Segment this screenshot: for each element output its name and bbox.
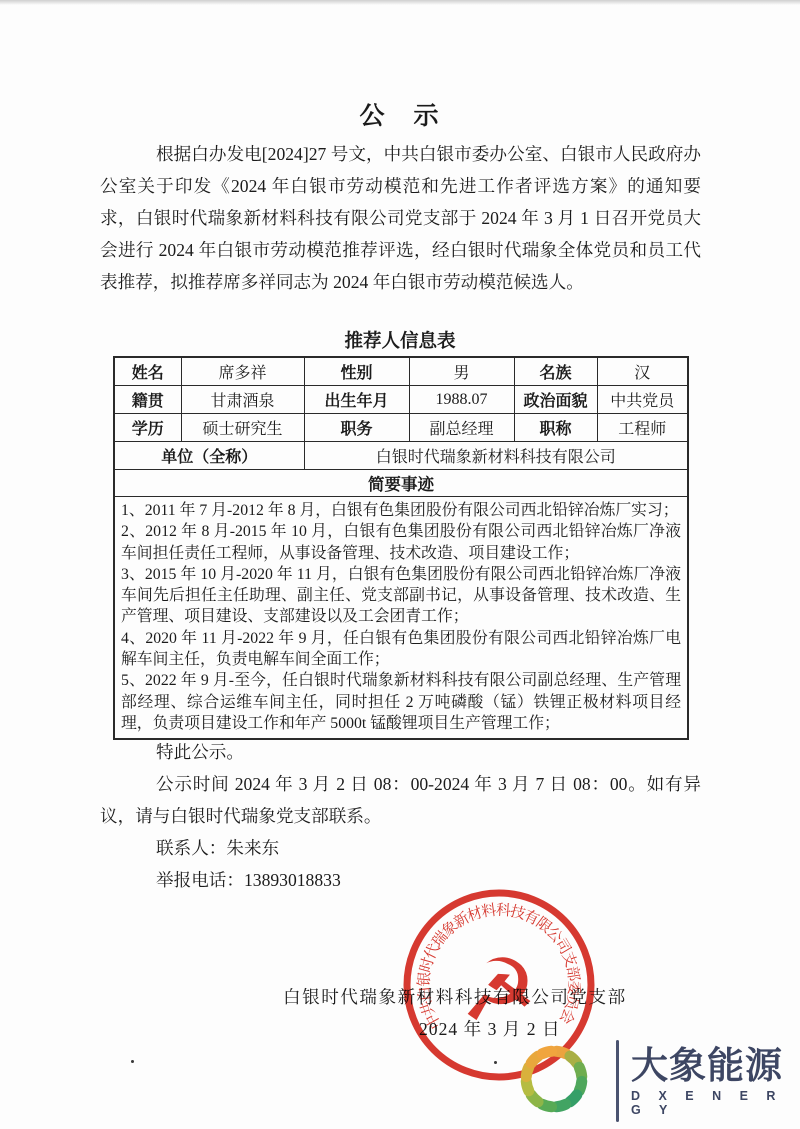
footer-block: 特此公示。 公示时间 2024 年 3 月 2 日 08：00-2024 年 3… — [100, 736, 701, 896]
position-value: 副总经理 — [409, 414, 514, 442]
table-row: 简要事迹 — [114, 470, 688, 497]
hammer-sickle-icon: ☭ — [460, 941, 537, 1041]
bio-header: 简要事迹 — [114, 470, 688, 497]
dx-energy-logo-swirl-icon — [504, 1031, 604, 1127]
contact-line: 联系人：朱来东 — [100, 832, 701, 864]
bio-item-2: 2、2012 年 8 月-2015 年 10 月，白银有色集团股份有限公司西北铅… — [121, 521, 681, 564]
scan-edge-artifact — [0, 0, 800, 5]
birthplace-label: 籍贯 — [114, 386, 181, 414]
swirl-petal — [526, 1081, 529, 1090]
logo-name-en: D X E N E R G Y — [631, 1089, 800, 1117]
dx-energy-wordmark: 大象能源 D X E N E R G Y — [631, 1046, 800, 1117]
swirl-petal — [579, 1081, 582, 1090]
document-title: 公 示 — [0, 96, 800, 132]
table-row: 姓名 席多祥 性别 男 名族 汉 — [114, 357, 688, 386]
scan-speck — [131, 1060, 134, 1063]
bio-cell: 1、2011 年 7 月-2012 年 8 月，白银有色集团股份有限公司西北铅锌… — [114, 497, 688, 740]
scan-speck — [494, 1061, 497, 1064]
bio-item-3: 3、2015 年 10 月-2020 年 11 月，白银有色集团股份有限公司西北… — [121, 564, 681, 628]
unit-value: 白银时代瑞象新材料科技有限公司 — [304, 442, 688, 470]
table-row: 籍贯 甘肃酒泉 出生年月 1988.07 政治面貌 中共党员 — [114, 386, 688, 414]
gender-value: 男 — [409, 357, 514, 386]
unit-label: 单位（全称） — [114, 442, 304, 470]
political-status-value: 中共党员 — [597, 386, 688, 414]
recommendee-info-table: 姓名 席多祥 性别 男 名族 汉 籍贯 甘肃酒泉 出生年月 1988.07 政治… — [113, 356, 689, 740]
swirl-petal — [579, 1067, 582, 1076]
swirl-petal — [556, 1104, 565, 1107]
birthdate-label: 出生年月 — [304, 386, 409, 414]
swirl-petal — [526, 1067, 529, 1076]
table-row: 1、2011 年 7 月-2012 年 8 月，白银有色集团股份有限公司西北铅锌… — [114, 497, 688, 740]
bio-item-1: 1、2011 年 7 月-2012 年 8 月，白银有色集团股份有限公司西北铅锌… — [121, 500, 681, 521]
logo-divider — [616, 1040, 619, 1122]
table-title: 推荐人信息表 — [0, 327, 800, 353]
bio-item-4: 4、2020 年 11 月-2022 年 9 月，任白银有色集团股份有限公司西北… — [121, 628, 681, 671]
education-label: 学历 — [114, 414, 181, 442]
logo-name-cn: 大象能源 — [631, 1046, 800, 1086]
bio-item-5: 5、2022 年 9 月-至今，任白银时代瑞象新材料科技有限公司副总经理、生产管… — [121, 670, 681, 734]
swirl-petal — [531, 1095, 538, 1102]
education-value: 硕士研究生 — [181, 414, 304, 442]
swirl-petal — [542, 1051, 551, 1054]
intro-paragraph: 根据白办发电[2024]27 号文，中共白银市委办公室、白银市人民政府办公室关于… — [100, 138, 701, 298]
birthdate-value: 1988.07 — [409, 386, 514, 414]
closing-line: 特此公示。 — [100, 736, 701, 768]
swirl-petal — [570, 1056, 577, 1063]
table-row: 单位（全称） 白银时代瑞象新材料科技有限公司 — [114, 442, 688, 470]
position-label: 职务 — [304, 414, 409, 442]
title-value: 工程师 — [597, 414, 688, 442]
swirl-petal — [531, 1056, 538, 1063]
swirl-petal — [556, 1051, 565, 1054]
ethnicity-value: 汉 — [597, 357, 688, 386]
swirl-petal — [542, 1104, 551, 1107]
political-status-label: 政治面貌 — [514, 386, 597, 414]
announcement-document: 公 示 根据白办发电[2024]27 号文，中共白银市委办公室、白银市人民政府办… — [0, 0, 800, 1129]
title-label: 职称 — [514, 414, 597, 442]
gender-label: 性别 — [304, 357, 409, 386]
notice-line: 公示时间 2024 年 3 月 2 日 08：00-2024 年 3 月 7 日… — [100, 768, 701, 832]
swirl-petal — [570, 1095, 577, 1102]
name-value: 席多祥 — [181, 357, 304, 386]
ethnicity-label: 名族 — [514, 357, 597, 386]
name-label: 姓名 — [114, 357, 181, 386]
table-row: 学历 硕士研究生 职务 副总经理 职称 工程师 — [114, 414, 688, 442]
birthplace-value: 甘肃酒泉 — [181, 386, 304, 414]
